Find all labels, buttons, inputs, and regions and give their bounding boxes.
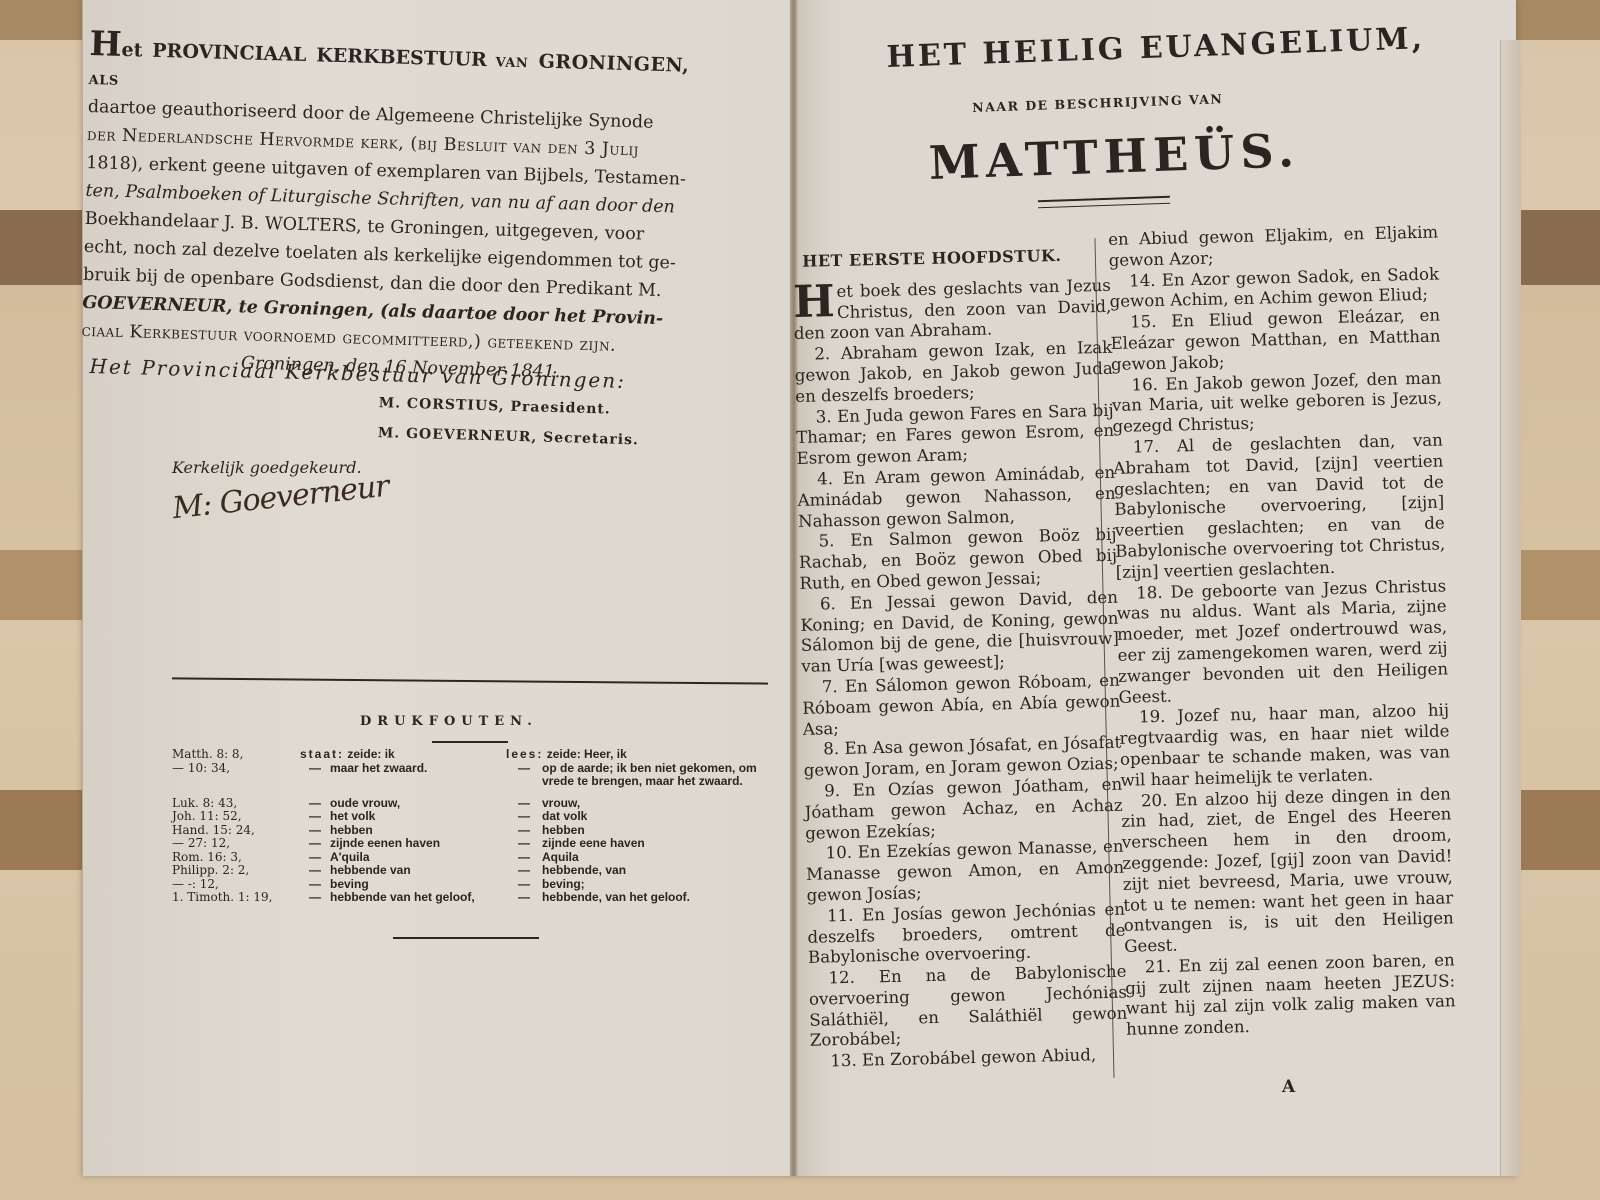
verse: 7. En Sálomon gewon Róboam, en Róboam ge… xyxy=(802,671,1121,741)
ditto-dash: — xyxy=(300,837,330,851)
errata-row: Matth. 8: 8, staat: zeide: ik lees: zeid… xyxy=(172,748,772,762)
errata-right: zeide: Heer, ik xyxy=(547,747,627,761)
book-gutter xyxy=(790,0,798,1176)
errata-ref: Rom. 16: 3, xyxy=(172,851,300,865)
verse: 11. En Josías gewon Jechónias en deszelf… xyxy=(807,899,1126,969)
verse: 8. En Asa gewon Jósafat, en Jósafat gewo… xyxy=(803,733,1122,782)
ditto-dash: — xyxy=(506,797,542,811)
errata-right: hebben xyxy=(542,824,772,838)
verse: 2. Abraham gewon Izak, en Izak gewon Jak… xyxy=(794,338,1113,408)
ditto-dash: — xyxy=(506,837,542,851)
ditto-dash: — xyxy=(300,864,330,878)
errata-row: Joh. 11: 52, — het volk — dat volk xyxy=(172,810,772,824)
ditto-dash: — xyxy=(300,851,330,865)
errata-right: Aquila xyxy=(542,851,772,865)
drop-initial: H xyxy=(89,24,122,65)
verse: 3. En Juda gewon Fares en Sara bij Thama… xyxy=(796,400,1115,470)
errata-right: vrouw, xyxy=(542,797,772,811)
ditto-dash: — xyxy=(506,891,542,905)
ditto-dash: — xyxy=(506,824,542,838)
errata-wrong: A'quila xyxy=(330,851,506,865)
label-lees: lees: xyxy=(506,747,543,761)
errata-wrong: beving xyxy=(330,878,506,892)
errata-title: DRUKFOUTEN. xyxy=(360,714,538,729)
closing-rule xyxy=(393,937,539,939)
errata-ref: Hand. 15: 24, xyxy=(172,824,300,838)
verse-1: Het boek des geslachts van Jezus Christu… xyxy=(793,276,1112,346)
errata-ref: 1. Timoth. 1: 19, xyxy=(172,891,300,905)
verse: 16. En Jakob gewon Jozef, den man van Ma… xyxy=(1111,368,1442,438)
errata-row: — 10: 34, — maar het zwaard. — op de aar… xyxy=(172,762,772,789)
ditto-dash: — xyxy=(300,824,330,838)
verse: 17. Al de geslachten dan, van Abraham to… xyxy=(1113,430,1446,583)
verse: 5. En Salmon gewon Boöz bij Rachab, en B… xyxy=(798,525,1117,595)
verse: 12. En na de Babylonische overvoering ge… xyxy=(808,962,1128,1052)
errata-wrong: zeide: ik xyxy=(347,747,394,761)
text-column-left: HET EERSTE HOOFDSTUK. Het boek des gesla… xyxy=(792,245,1129,1073)
errata-row: — -: 12, — beving — beving; xyxy=(172,878,772,892)
errata-wrong: hebben xyxy=(330,824,506,838)
errata-wrong: maar het zwaard. xyxy=(330,762,506,789)
charter-opening: et PROVINCIAAL KERKBESTUUR xyxy=(121,39,487,71)
verse: 6. En Jessai gewon David, den Koning; en… xyxy=(800,587,1120,677)
drop-initial: H xyxy=(793,282,835,323)
ditto-dash: — xyxy=(300,762,330,789)
verse: 18. De geboorte van Jezus Christus was n… xyxy=(1116,576,1449,708)
charter-text: Het PROVINCIAAL KERKBESTUUR van GRONINGE… xyxy=(80,30,689,390)
ditto-dash: — xyxy=(506,878,542,892)
verse: 19. Jozef nu, haar man, alzoo hij regtva… xyxy=(1119,701,1451,792)
short-rule xyxy=(432,741,508,743)
errata-ref: Philipp. 2: 2, xyxy=(172,864,300,878)
errata-ref: — 10: 34, xyxy=(172,762,300,789)
ditto-dash: — xyxy=(506,810,542,824)
errata-wrong: het volk xyxy=(330,810,506,824)
errata-right: dat volk xyxy=(542,810,772,824)
printer-signature-mark: A xyxy=(1282,1077,1295,1097)
ditto-dash: — xyxy=(300,797,330,811)
ditto-dash: — xyxy=(506,762,542,789)
errata-row: 1. Timoth. 1: 19, — hebbende van het gel… xyxy=(172,891,772,905)
page-stack-edge xyxy=(1500,40,1521,1176)
errata-ref: — 27: 12, xyxy=(172,837,300,851)
text-column-right: en Abiud gewon Eljakim, en Eljakim gewon… xyxy=(1108,223,1456,1041)
errata-wrong: hebbende van xyxy=(330,864,506,878)
errata-row: Rom. 16: 3, — A'quila — Aquila xyxy=(172,851,772,865)
verse: 21. En zij zal eenen zoon baren, en gij … xyxy=(1125,950,1457,1041)
errata-ref: Joh. 11: 52, xyxy=(172,810,300,824)
errata-right: hebbende, van het geloof. xyxy=(542,891,772,905)
errata-right: hebbende, van xyxy=(542,864,772,878)
signatories-block: Het Provinciaal Kerkbestuur van Groninge… xyxy=(88,352,690,457)
ditto-dash: — xyxy=(300,810,330,824)
ditto-dash: — xyxy=(300,878,330,892)
errata-wrong: zijnde eenen haven xyxy=(330,837,506,851)
label-staat: staat: xyxy=(300,747,344,761)
verse: 9. En Ozías gewon Jóatham, en Jóatham ge… xyxy=(804,775,1123,845)
errata-row: Hand. 15: 24, — hebben — hebben xyxy=(172,824,772,838)
verse: 20. En alzoo hij deze dingen in den zin … xyxy=(1121,784,1455,958)
errata-table: Matth. 8: 8, staat: zeide: ik lees: zeid… xyxy=(172,748,772,905)
errata-ref: Luk. 8: 43, xyxy=(172,797,300,811)
verse: 15. En Eliud gewon Eleázar, en Eleázar g… xyxy=(1110,306,1441,376)
errata-right: op de aarde; ik ben niet gekomen, om vre… xyxy=(542,762,772,789)
errata-right: zijnde eene haven xyxy=(542,837,772,851)
errata-right: beving; xyxy=(542,878,772,892)
ditto-dash: — xyxy=(506,864,542,878)
verse: 4. En Aram gewon Aminádab, en Aminádab g… xyxy=(797,463,1116,533)
errata-ref: Matth. 8: 8, xyxy=(172,748,300,762)
errata-row: — 27: 12, — zijnde eenen haven — zijnde … xyxy=(172,837,772,851)
errata-wrong: hebbende van het geloof, xyxy=(330,891,506,905)
errata-row: Luk. 8: 43, — oude vrouw, — vrouw, xyxy=(172,797,772,811)
errata-ref: — -: 12, xyxy=(172,878,300,892)
ditto-dash: — xyxy=(300,891,330,905)
ditto-dash: — xyxy=(506,851,542,865)
verse: 10. En Ezekías gewon Manasse, en Manasse… xyxy=(805,837,1124,907)
errata-wrong: oude vrouw, xyxy=(330,797,506,811)
verse-text: et boek des geslachts van Jezus Christus… xyxy=(794,276,1112,344)
errata-row: Philipp. 2: 2, — hebbende van — hebbende… xyxy=(172,864,772,878)
